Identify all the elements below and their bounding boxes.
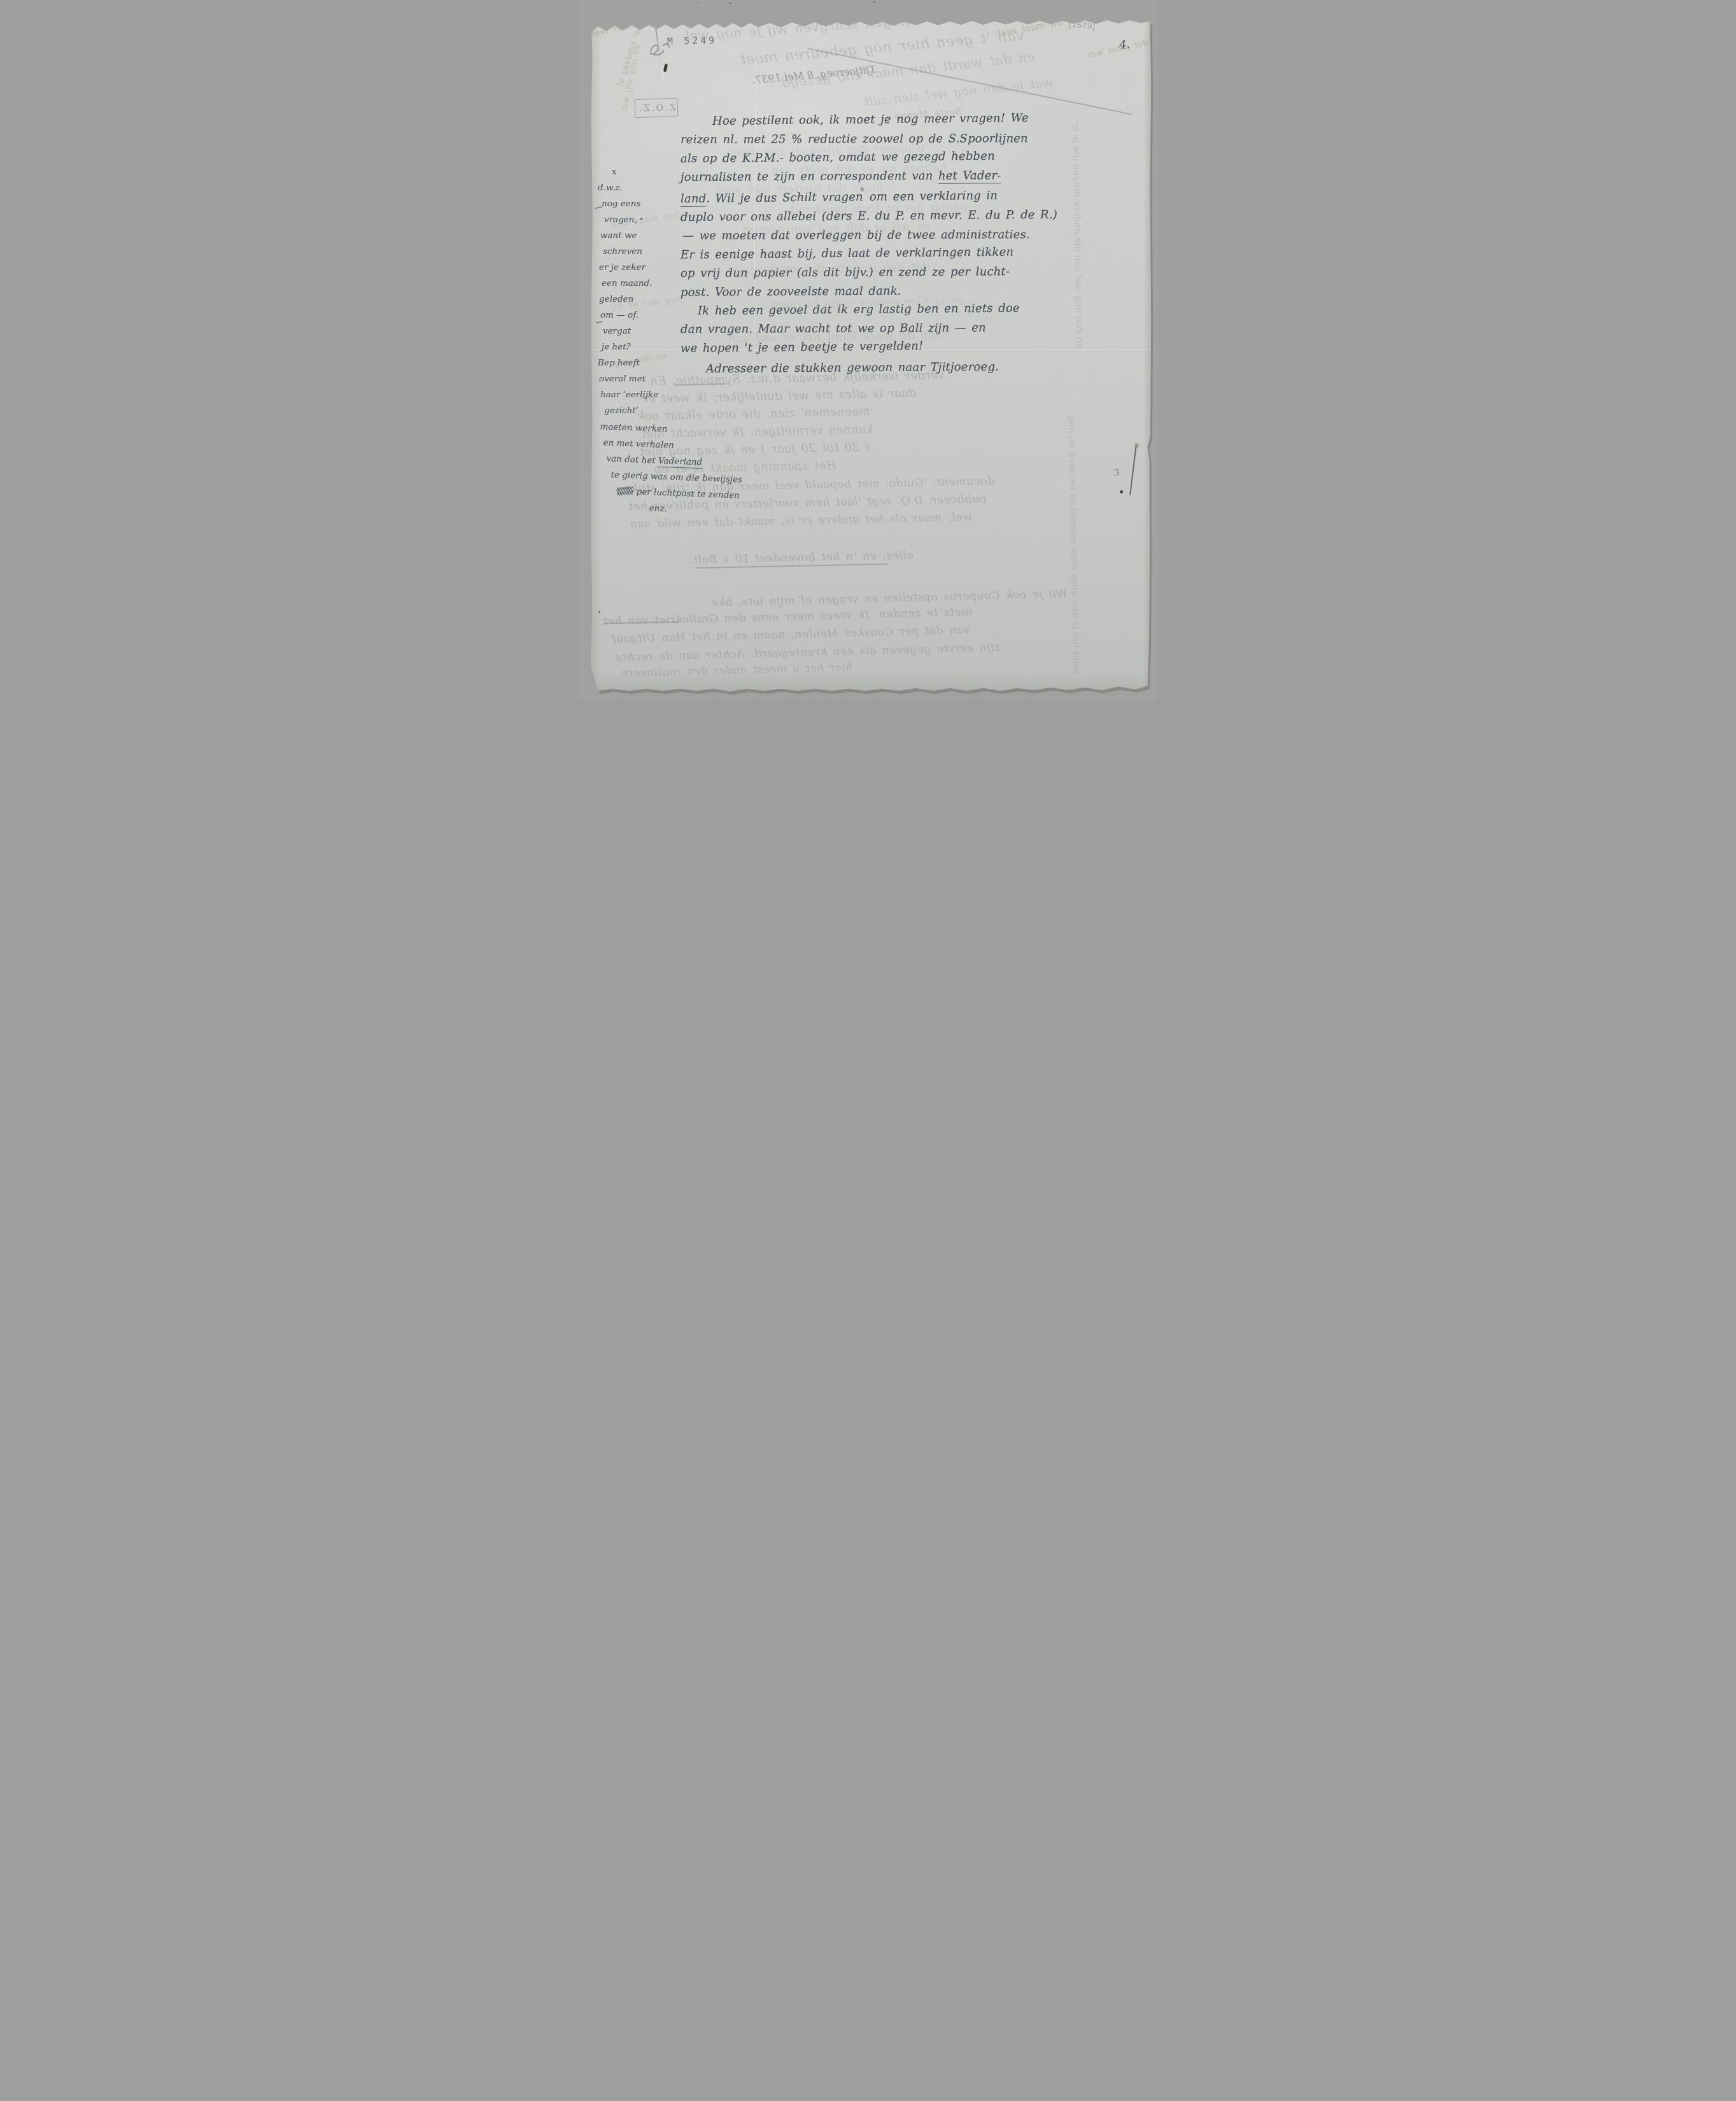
date-line-bleedthrough: Tjitjoeroeg, 8 Mei 1937.	[752, 64, 877, 87]
inventory-number: [1579]	[1068, 18, 1096, 31]
margin-note-line: om — of.	[600, 308, 744, 323]
dust-speck	[698, 2, 699, 3]
bleedthrough-fragment: Wil je ook Couperus opstellen en vragen …	[711, 588, 1068, 610]
bleedthrough-fragment: zoo maar vandaag al	[616, 0, 652, 87]
page-number: 4.	[1119, 38, 1131, 52]
letter-page: wij zagen er veel zoo maar vandaag al en…	[589, 19, 1152, 691]
margin-note-line: vragen,	[604, 212, 744, 228]
bleedthrough-fragment: niets te zenden. Ik vrees meer eens den …	[603, 605, 973, 628]
pencil-three-mark: 3	[1113, 467, 1120, 478]
margin-note-line: x	[612, 164, 744, 180]
dust-speck	[730, 3, 731, 4]
dust-speck	[873, 1, 875, 3]
body-line: Adresseer die stukken gewoon naar Tjitjo…	[706, 357, 1080, 379]
margin-note-line: je het?	[602, 339, 744, 355]
paper-crack	[663, 64, 668, 73]
margin-note-line: een maand.	[602, 276, 744, 292]
margin-note-line: d.w.z.	[598, 180, 744, 196]
bleedthrough-underline	[696, 563, 887, 569]
scratched-out-word	[616, 486, 633, 496]
ink-speck	[598, 611, 600, 613]
zoz-text: Z.O.Z.	[637, 102, 676, 113]
margin-note-line: want we	[600, 228, 744, 244]
pencil-dot	[1120, 490, 1123, 493]
margin-note-line: overal met	[599, 371, 744, 387]
pencil-slash-mark	[1129, 444, 1137, 495]
bleedthrough-fragment: want het is hier alles even vreemd en ve…	[1066, 388, 1082, 675]
archive-stamp: M 5249	[667, 34, 717, 46]
margin-note-line: schreven	[603, 244, 744, 260]
margin-note-line: geleden	[599, 292, 744, 308]
margin-note-line: vergat	[603, 323, 744, 339]
bleedthrough-fragment: dat mooi was	[1086, 38, 1149, 60]
margin-note: x d.w.z. nog eens vragen, want we schrev…	[598, 164, 744, 514]
scan-background: wij zagen er veel zoo maar vandaag al en…	[579, 0, 1157, 700]
margin-note-line: nog eens	[602, 196, 744, 212]
margin-note-line: gezicht’	[604, 403, 744, 419]
body-line: Ik heb een gevoel dat ik erg lastig ben …	[698, 299, 1080, 321]
bleedthrough-fragment: van dat per Couskes Meulen, naam en in h…	[612, 624, 970, 646]
crease-diagonal	[808, 48, 1133, 115]
margin-note-line: Bep heeft	[598, 355, 744, 371]
bleedthrough-fragment: zijn eerste gegeven als een krantegaard.…	[616, 641, 1001, 664]
bleedthrough-underline	[604, 621, 679, 624]
margin-note-line: haar ‘eerlijke	[600, 387, 744, 403]
footnote-mark: x	[861, 186, 864, 193]
bleedthrough-fragment: wij zagen er veel	[591, 12, 667, 39]
body-line: Hoe pestilent ook, ik moet je nog meer v…	[712, 108, 1080, 131]
zoz-box: Z.O.Z.	[635, 98, 679, 118]
bleedthrough-fragment: morgen schrijven wij je nog wel	[685, 12, 919, 44]
bleedthrough-fragment: hier het u meest onder den routineers.	[618, 661, 852, 680]
margin-note-line: er je zeker	[599, 260, 744, 276]
